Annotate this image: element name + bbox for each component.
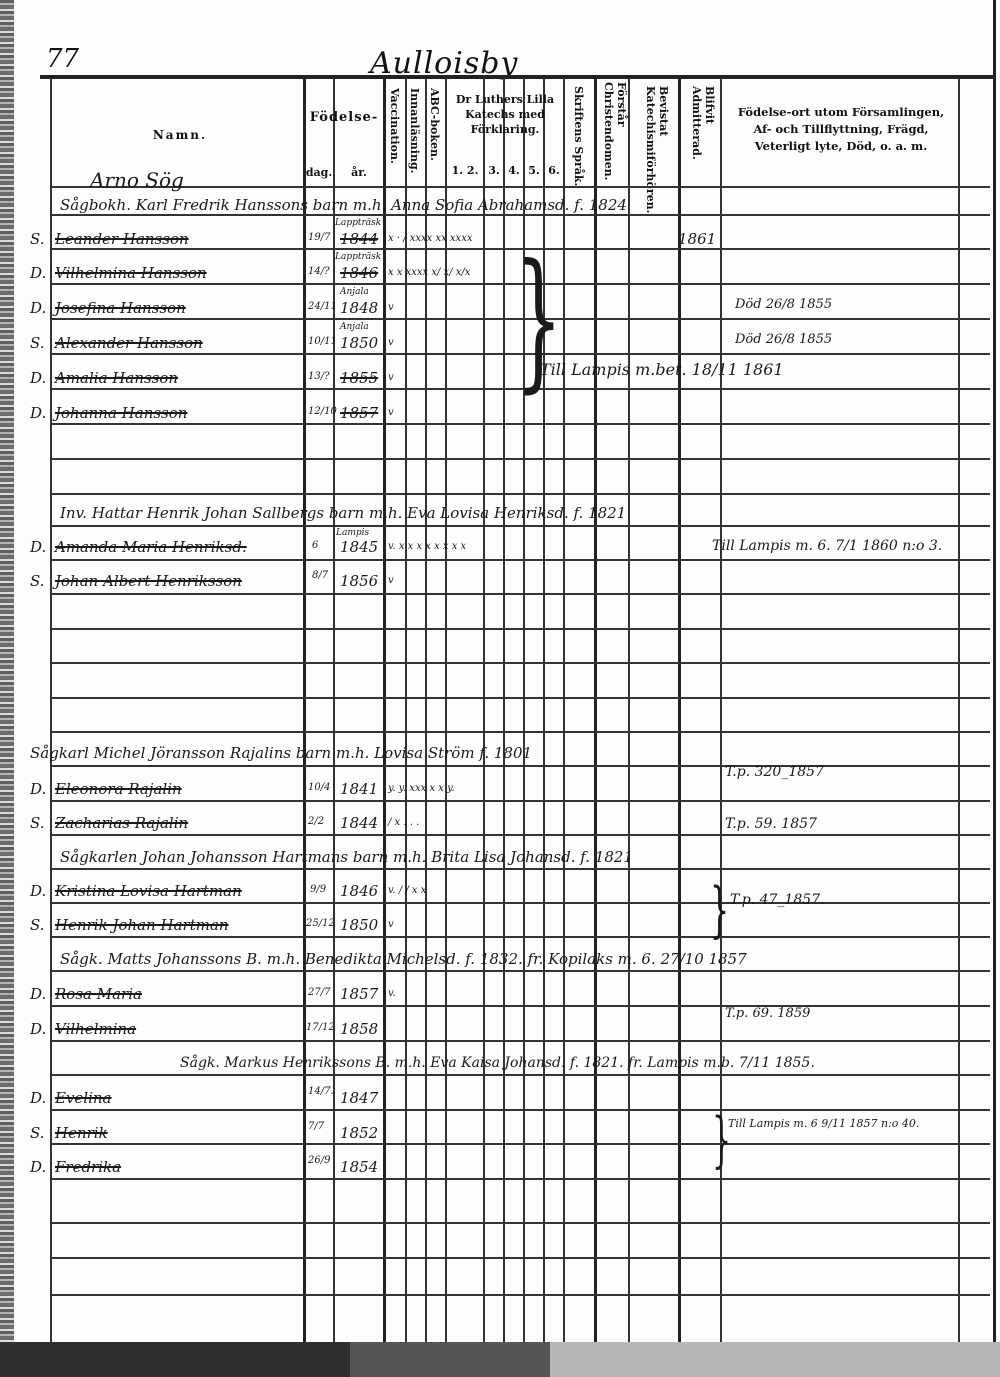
place-name: Arno Sög [90, 168, 184, 192]
column-header-skriftens-sprak: Skriftens Språk. [572, 86, 585, 186]
member-marks: v [388, 575, 394, 586]
household-head: Inv. Hattar Henrik Johan Sallbergs barn … [60, 504, 626, 522]
member-name: Kristina Lovisa Hartman [55, 882, 242, 900]
member-name: Vilhelmina Hansson [55, 264, 207, 282]
member-birth-day: 12/10 [308, 406, 337, 417]
column-header-fodelse: Födelse- [305, 110, 383, 125]
column-rule [628, 78, 630, 1342]
group-note: Till Lampis m.bet. 18/11 1861 [540, 360, 784, 379]
member-prefix: D. [30, 404, 46, 422]
column-rule [678, 78, 681, 1342]
member-birth-day: 14/7. [308, 1086, 334, 1097]
member-birth-day: 17/12 [306, 1022, 335, 1033]
row-rule [50, 1074, 990, 1076]
member-name: Eleonora Rajalin [55, 780, 182, 798]
member-prefix: S. [30, 572, 45, 590]
member-birth-day: 19/7 [308, 232, 330, 243]
column-header-dag: dag. [305, 165, 333, 180]
row-rule [50, 800, 990, 802]
scan-bottom-edge [0, 1342, 1000, 1377]
member-note: T.p. 320_1857 [725, 764, 824, 780]
member-prefix: D. [30, 882, 46, 900]
member-marks: v. x x x x x x x x [388, 541, 466, 552]
member-birth-day: 10/11 [308, 336, 337, 347]
column-header-innanlasning: Innanläsning. [408, 88, 421, 183]
member-birthplace: Anjala [340, 322, 369, 332]
member-name: Leander Hansson [55, 230, 189, 248]
row-rule [50, 423, 990, 425]
column-rule [503, 78, 505, 1342]
member-prefix: D. [30, 1020, 46, 1038]
member-birth-day: 25/12 [306, 918, 335, 929]
member-birth-year: 1852 [340, 1124, 378, 1142]
member-marks: / x . . . [388, 817, 419, 828]
row-rule [50, 593, 990, 595]
member-name: Rosa Maria [55, 985, 142, 1003]
member-prefix: S. [30, 334, 45, 352]
page-edge-rule [993, 0, 996, 1342]
row-rule [50, 1109, 990, 1111]
row-rule [50, 493, 990, 495]
header-rule [40, 75, 995, 79]
margin-rule [50, 78, 52, 1342]
member-note: T.p. 59. 1857 [725, 816, 817, 832]
member-birthplace: Lappträsk [335, 218, 381, 228]
member-marks: v. / / x x [388, 885, 426, 896]
row-rule [50, 214, 990, 216]
column-rule [594, 78, 597, 1342]
member-marks: x · / xxxx xx xxxx [388, 233, 472, 244]
member-birth-day: 13/? [308, 371, 329, 382]
row-rule [50, 697, 990, 699]
member-birth-year: 1848 [340, 299, 378, 317]
register-page: 77 Aulloisby Namn. Födelse- dag. år. Vac… [0, 0, 1000, 1377]
household-head: Sågbokh. Karl Fredrik Hanssons barn m.h.… [60, 196, 627, 214]
group-note: T.p. 47_1857. [730, 892, 825, 908]
member-name: Vilhelmina [55, 1020, 136, 1038]
member-birthplace: Lappträsk [335, 252, 381, 262]
column-header-namn: Namn. [60, 128, 300, 143]
member-prefix: D. [30, 985, 46, 1003]
row-rule [50, 559, 990, 561]
row-rule [50, 834, 990, 836]
row-rule [50, 902, 990, 904]
row-rule [50, 970, 990, 972]
katekes-part-5: 5. [525, 163, 543, 178]
member-prefix: S. [30, 814, 45, 832]
column-rule [563, 78, 565, 1342]
member-name: Evelina [55, 1089, 112, 1107]
member-prefix: S. [30, 1124, 45, 1142]
row-rule [50, 1257, 990, 1259]
member-birth-day: 27/7 [308, 987, 330, 998]
member-marks: v [388, 302, 394, 313]
member-name: Zacharias Rajalin [55, 814, 188, 832]
member-prefix: D. [30, 538, 46, 556]
group-note: Till Lampis m. 6. 7/1 1860 n:o 3. [712, 538, 942, 554]
katekes-part-3: 3. [485, 163, 503, 178]
member-admitted: 1861 [678, 230, 716, 248]
member-birth-day: 9/9 [310, 884, 326, 895]
member-birth-day: 6 [312, 540, 318, 551]
row-rule [50, 662, 990, 664]
member-name: Amalia Hansson [55, 369, 178, 387]
member-marks: v. [388, 988, 396, 999]
member-birth-year: 1847 [340, 1089, 378, 1107]
column-header-vaccination: Vaccination. [388, 88, 401, 183]
member-prefix: S. [30, 230, 45, 248]
column-header-admitterad: Blifvit Admitterad. [688, 86, 716, 186]
member-name: Fredrika [55, 1158, 121, 1176]
row-rule [50, 628, 990, 630]
column-header-bevistat: Bevistat Katechismiförhören. [640, 86, 670, 186]
member-prefix: D. [30, 264, 46, 282]
katekes-part-1-2: 1. 2. [447, 163, 483, 178]
member-prefix: D. [30, 299, 46, 317]
member-marks: x x xxxx x/ x/ x/x [388, 267, 470, 278]
row-rule [50, 525, 990, 527]
katekes-part-4: 4. [505, 163, 523, 178]
member-name: Josefina Hansson [55, 299, 186, 317]
member-marks: v [388, 337, 394, 348]
member-birth-year: 1857 [340, 985, 378, 1003]
row-rule [50, 186, 990, 188]
household-head: Sågkarlen Johan Johansson Hartmans barn … [60, 848, 633, 866]
member-birth-year: 1850 [340, 334, 378, 352]
member-prefix: D. [30, 369, 46, 387]
row-rule [50, 1040, 990, 1042]
household-head: Sågk. Markus Henrikssons B. m.h. Eva Kai… [180, 1055, 815, 1071]
member-prefix: D. [30, 1089, 46, 1107]
group-brace: } [710, 880, 729, 940]
book-binding-edge [0, 0, 14, 1377]
row-rule [50, 1143, 990, 1145]
member-birth-day: 24/11 [308, 301, 337, 312]
member-marks: v [388, 372, 394, 383]
member-birth-year: 1855 [340, 369, 378, 387]
household-head: Sågk. Matts Johanssons B. m.h. Benedikta… [60, 950, 747, 968]
group-note: T.p. 69. 1859 [725, 1006, 810, 1021]
member-birth-year: 1841 [340, 780, 378, 798]
member-birth-year: 1857 [340, 404, 378, 422]
column-header-ar: år. [336, 165, 382, 180]
member-birth-year: 1844 [340, 814, 378, 832]
member-birth-year: 1846 [340, 264, 378, 282]
member-prefix: S. [30, 916, 45, 934]
column-rule [303, 78, 306, 1342]
member-birth-day: 14/? [308, 266, 329, 277]
row-rule [50, 458, 990, 460]
member-birth-day: 8/7 [312, 570, 328, 581]
member-prefix: D. [30, 780, 46, 798]
row-rule [50, 765, 990, 767]
column-header-katekes: Dr Luthers Lilla Katechs med Förklaring. [447, 92, 563, 137]
column-rule [383, 78, 386, 1342]
member-prefix: D. [30, 1158, 46, 1176]
member-birth-day: 2/2 [308, 816, 324, 827]
member-name: Johan Albert Henriksson [55, 572, 242, 590]
column-header-anmarkningar: Födelse-ort utom Församlingen, Af- och T… [728, 104, 954, 155]
member-birthplace: Lampis [336, 528, 369, 538]
row-rule [50, 1178, 990, 1180]
member-name: Henrik [55, 1124, 108, 1142]
member-marks: y. y. xxx x x y. [388, 783, 455, 794]
member-name: Johanna Hansson [55, 404, 187, 422]
row-rule [50, 936, 990, 938]
member-name: Amanda Maria Henriksd. [55, 538, 247, 556]
member-note: Död 26/8 1855 [735, 332, 832, 347]
member-birth-day: 7/7 [308, 1121, 324, 1132]
member-note: Död 26/8 1855 [735, 297, 832, 312]
member-birth-year: 1844 [340, 230, 378, 248]
member-birth-year: 1858 [340, 1020, 378, 1038]
page-number: 77 [46, 44, 79, 74]
row-rule [50, 1294, 990, 1296]
column-rule [483, 78, 485, 1342]
member-birth-year: 1850 [340, 916, 378, 934]
row-rule [50, 1222, 990, 1224]
row-rule [50, 868, 990, 870]
member-birth-year: 1856 [340, 572, 378, 590]
member-name: Henrik Johan Hartman [55, 916, 229, 934]
member-birthplace: Anjala [340, 287, 369, 297]
member-birth-day: 10/4 [308, 782, 330, 793]
member-birth-year: 1846 [340, 882, 378, 900]
member-name: Alexander Hansson [55, 334, 203, 352]
member-birth-year: 1845 [340, 538, 378, 556]
member-birth-day: 26/9 [308, 1155, 330, 1166]
katekes-part-6: 6. [545, 163, 563, 178]
member-marks: v [388, 407, 394, 418]
member-marks: v [388, 919, 394, 930]
column-header-forstar: Förstår Christendomen. [600, 82, 628, 182]
household-head: Sågkarl Michel Jöransson Rajalins barn m… [30, 744, 532, 762]
group-note: Till Lampis m. 6 9/11 1857 n:o 40. [728, 1117, 919, 1130]
column-rule [333, 78, 335, 1342]
column-rule [958, 78, 960, 1342]
row-rule [50, 1005, 990, 1007]
row-rule [50, 731, 990, 733]
column-header-abc-boken: ABC-boken. [428, 88, 441, 183]
member-birth-year: 1854 [340, 1158, 378, 1176]
